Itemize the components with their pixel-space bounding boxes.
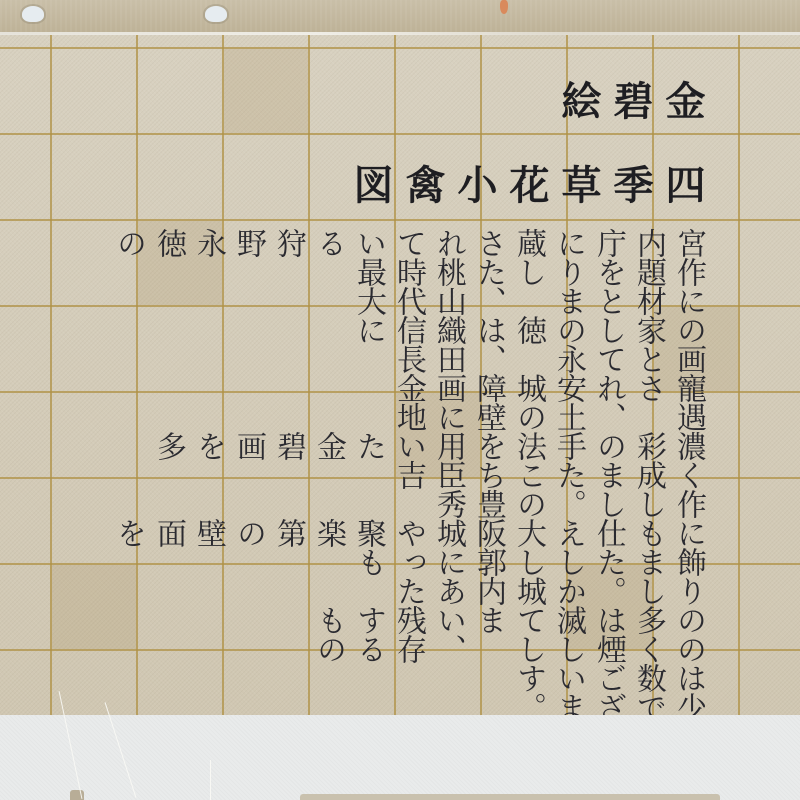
label-subtitle: 四季草花小禽図 [108,124,708,208]
thread-fringe [300,794,720,800]
white-fabric-band [0,715,800,800]
floral-pattern-border [0,0,800,34]
body-column: 濃彩の手法を用いた金碧画を多 [108,431,708,460]
label-title: 金碧絵 [108,80,708,124]
body-column: 飾りました。しかし城郭内にあったも [108,547,708,605]
body-column: く作成しました。このち豊臣秀吉 [108,460,708,518]
body-column: 宮内庁に蔵されている狩野永徳の [108,208,708,257]
body-column: は少数でございます。 [108,663,708,721]
white-flower-motif [205,6,227,22]
orange-petal-motif [500,0,508,14]
body-column: 作に題材をとりました、桃山時代最大 [108,257,708,315]
white-flower-motif [22,6,44,22]
body-column: の画家としての永徳は、織田信長に [108,315,708,373]
calligraphy-label: 金碧絵 四季草花小禽図 宮内庁に蔵されている狩野永徳の 作に題材をとりました、桃… [108,80,708,680]
body-column: 寵遇され、安土城の障壁画に金地 [108,373,708,431]
body-column: のの多くは煙滅してしまい、残存するもの [108,605,708,663]
body-column: にも仕え大阪城や聚楽第の壁面を [108,518,708,547]
loose-thread [210,760,211,800]
